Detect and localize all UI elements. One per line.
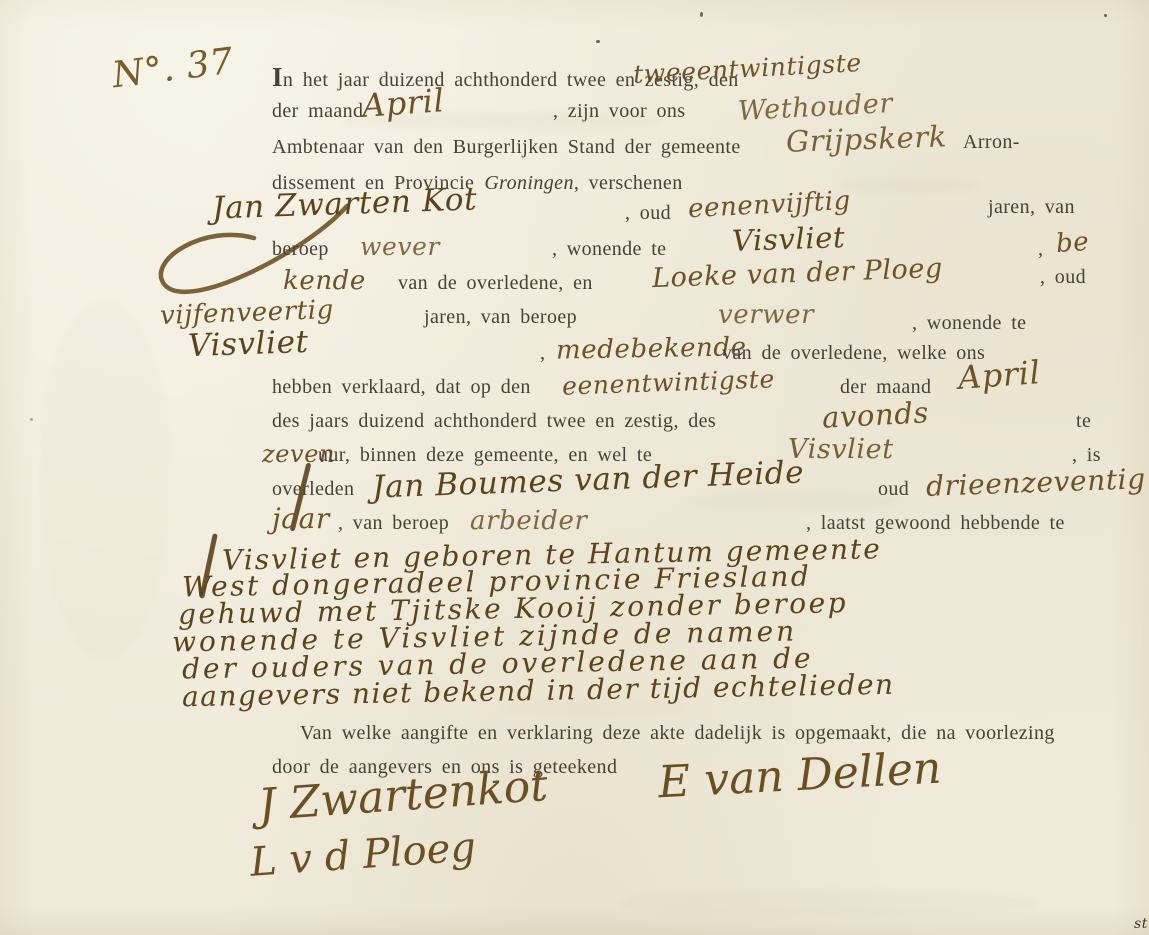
entry-death-place: Visvliet: [788, 434, 894, 465]
form-text: , verschenen: [574, 172, 683, 194]
entry-municipality: Grijpskerk: [785, 119, 947, 159]
form-line-registrar: Ambtenaar van den Burgerlijken Stand der…: [272, 136, 741, 159]
form-text-comma2: ,: [540, 342, 545, 365]
form-text-welke-ons: van de overledene, welke ons: [722, 342, 985, 365]
entry-death-daypart: avonds: [821, 395, 929, 435]
form-line-before-us: , zijn voor ons: [553, 100, 685, 123]
bleed-through-smudge: [620, 890, 1040, 916]
entry-declarant1-residence: Visvliet: [731, 220, 845, 258]
form-line-month-label: der maand: [272, 100, 363, 123]
form-text-te: te: [1076, 410, 1091, 433]
ink-speck: [30, 418, 33, 421]
form-text-wonende-te2: , wonende te: [912, 312, 1026, 335]
form-text-oud: , oud: [625, 202, 671, 225]
ink-speck: [1104, 14, 1107, 17]
form-text-beroep: beroep: [272, 238, 329, 261]
death-certificate-scan: N°. 37 In het jaar duizend achthonderd t…: [0, 0, 1149, 935]
entry-declarant1-occupation: wever: [360, 232, 440, 261]
corner-mark: st: [1134, 916, 1148, 932]
ink-speck: [596, 40, 600, 43]
form-text-oud3: oud: [878, 478, 909, 501]
form-text-oud2: , oud: [1040, 266, 1086, 289]
entry-death-day: eenentwintigste: [562, 364, 776, 400]
act-number: N°. 37: [110, 41, 236, 97]
form-text-van-beroep: , van beroep: [338, 512, 449, 535]
entry-deceased-occupation: arbeider: [470, 506, 588, 536]
entry-declarant1-age: eenenvijftig: [687, 186, 851, 224]
form-text-jaren-beroep: jaren, van beroep: [424, 306, 577, 329]
entry-declarant2-residence: Visvliet: [187, 324, 309, 364]
bleed-through-smudge: [690, 492, 900, 510]
entry-deceased-age: drieenzeventig: [925, 462, 1146, 503]
signature-declarant2: L v d Ploeg: [249, 824, 478, 886]
form-line-arrondissement-break: Arron-: [963, 131, 1020, 154]
entry-declarant2-name: Loeke van der Ploeg: [652, 253, 944, 294]
closing-line-1: Van welke aangifte en verklaring deze ak…: [300, 722, 1055, 745]
bleed-through-smudge: [840, 178, 980, 194]
ink-speck: [700, 12, 703, 17]
entry-declarant2-occupation: verwer: [718, 300, 814, 330]
entry-death-month: April: [957, 353, 1042, 397]
form-text-overleden: overleden: [272, 478, 354, 501]
form-text-of-deceased: van de overledene, en: [398, 272, 593, 295]
form-text-year-of-death: des jaars duizend achthonderd twee en ze…: [272, 410, 716, 433]
entry-age-unit: jaar: [272, 502, 330, 535]
entry-month: April: [361, 81, 446, 125]
entry-relation-word-start: be: [1055, 227, 1090, 259]
form-text-jaren-van: jaren, van: [988, 196, 1075, 219]
entry-declarant1-name: Jan Zwarten Kot: [211, 181, 477, 226]
province-name: Groningen: [484, 172, 574, 194]
signature-registrar: E van Dellen: [657, 743, 943, 809]
form-text-comma: ,: [1038, 238, 1043, 261]
bleed-through-smudge: [40, 300, 170, 660]
entry-declaration-day: tweeentwintigste: [632, 48, 862, 89]
entry-relation-word-continued: kende: [283, 266, 366, 296]
form-text-laatst-gewoond: , laatst gewoond hebbende te: [806, 512, 1065, 535]
entry-declarant2-relation: medebekende: [556, 332, 747, 365]
form-text-wonende-te: , wonende te: [552, 238, 666, 261]
form-text-declared-on: hebben verklaard, dat op den: [272, 376, 531, 399]
